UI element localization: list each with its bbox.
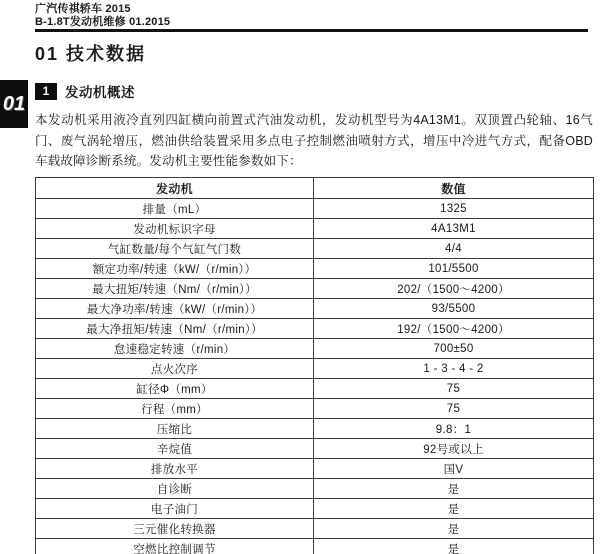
parameter-cell: 额定功率/转速（kW/（r/min）） xyxy=(36,259,314,279)
vehicle-model-label: 广汽传祺轿车 2015 xyxy=(35,3,170,16)
parameter-cell: 电子油门 xyxy=(36,499,314,519)
table-body: 排量（mL）1325发动机标识字母4A13M1气缸数量/每个气缸气门数4/4额定… xyxy=(36,199,594,554)
table-row: 最大净功率/转速（kW/（r/min））93/5500 xyxy=(36,299,594,319)
parameter-cell: 最大扭矩/转速（Nm/（r/min）） xyxy=(36,279,314,299)
table-row: 电子油门是 xyxy=(36,499,594,519)
parameter-cell: 排量（mL） xyxy=(36,199,314,219)
parameter-cell: 气缸数量/每个气缸气门数 xyxy=(36,239,314,259)
chapter-side-tab-label: 01 xyxy=(3,93,25,116)
manual-section-label: B-1.8T发动机维修 01.2015 xyxy=(35,16,170,29)
section-heading: 1 发动机概述 xyxy=(35,81,135,101)
value-cell: 1 - 3 - 4 - 2 xyxy=(314,359,594,379)
table-row: 额定功率/转速（kW/（r/min））101/5500 xyxy=(36,259,594,279)
parameter-cell: 怠速稳定转速（r/min） xyxy=(36,339,314,359)
parameter-cell: 发动机标识字母 xyxy=(36,219,314,239)
section-number-badge: 1 xyxy=(35,83,57,100)
table-row: 气缸数量/每个气缸气门数4/4 xyxy=(36,239,594,259)
parameter-cell: 点火次序 xyxy=(36,359,314,379)
table-row: 空燃比控制调节是 xyxy=(36,539,594,554)
column-header-parameter: 发动机 xyxy=(36,178,314,199)
parameter-cell: 最大净扭矩/转速（Nm/（r/min）） xyxy=(36,319,314,339)
document-header: 广汽传祺轿车 2015 B-1.8T发动机维修 01.2015 xyxy=(35,3,170,29)
table-row: 最大净扭矩/转速（Nm/（r/min））192/（1500～4200） xyxy=(36,319,594,339)
value-cell: 9.8：1 xyxy=(314,419,594,439)
engine-overview-paragraph: 本发动机采用液冷直列四缸横向前置式汽油发动机，发动机型号为4A13M1。双顶置凸… xyxy=(35,110,593,172)
parameter-cell: 自诊断 xyxy=(36,479,314,499)
table-row: 点火次序1 - 3 - 4 - 2 xyxy=(36,359,594,379)
parameter-cell: 压缩比 xyxy=(36,419,314,439)
value-cell: 是 xyxy=(314,519,594,539)
table-row: 辛烷值92号或以上 xyxy=(36,439,594,459)
table-row: 行程（mm）75 xyxy=(36,399,594,419)
parameter-cell: 辛烷值 xyxy=(36,439,314,459)
value-cell: 1325 xyxy=(314,199,594,219)
value-cell: 92号或以上 xyxy=(314,439,594,459)
header-divider xyxy=(35,29,588,32)
parameter-cell: 排放水平 xyxy=(36,459,314,479)
table-row: 排量（mL）1325 xyxy=(36,199,594,219)
table-row: 自诊断是 xyxy=(36,479,594,499)
value-cell: 是 xyxy=(314,539,594,554)
parameter-cell: 空燃比控制调节 xyxy=(36,539,314,554)
value-cell: 101/5500 xyxy=(314,259,594,279)
value-cell: 4/4 xyxy=(314,239,594,259)
chapter-side-tab: 01 xyxy=(0,80,28,128)
table-row: 三元催化转换器是 xyxy=(36,519,594,539)
table-row: 怠速稳定转速（r/min）700±50 xyxy=(36,339,594,359)
manual-page: 广汽传祺轿车 2015 B-1.8T发动机维修 01.2015 01 技术数据 … xyxy=(0,0,602,554)
value-cell: 192/（1500～4200） xyxy=(314,319,594,339)
table-row: 最大扭矩/转速（Nm/（r/min））202/（1500～4200） xyxy=(36,279,594,299)
value-cell: 75 xyxy=(314,379,594,399)
table-row: 发动机标识字母4A13M1 xyxy=(36,219,594,239)
value-cell: 是 xyxy=(314,479,594,499)
table-row: 压缩比9.8：1 xyxy=(36,419,594,439)
value-cell: 75 xyxy=(314,399,594,419)
value-cell: 国V xyxy=(314,459,594,479)
table-row: 排放水平国V xyxy=(36,459,594,479)
table-header-row: 发动机 数值 xyxy=(36,178,594,199)
engine-spec-table: 发动机 数值 排量（mL）1325发动机标识字母4A13M1气缸数量/每个气缸气… xyxy=(35,177,594,554)
value-cell: 是 xyxy=(314,499,594,519)
value-cell: 93/5500 xyxy=(314,299,594,319)
table-row: 缸径Φ（mm）75 xyxy=(36,379,594,399)
section-title: 发动机概述 xyxy=(65,81,135,101)
parameter-cell: 三元催化转换器 xyxy=(36,519,314,539)
parameter-cell: 行程（mm） xyxy=(36,399,314,419)
value-cell: 202/（1500～4200） xyxy=(314,279,594,299)
value-cell: 700±50 xyxy=(314,339,594,359)
column-header-value: 数值 xyxy=(314,178,594,199)
value-cell: 4A13M1 xyxy=(314,219,594,239)
parameter-cell: 缸径Φ（mm） xyxy=(36,379,314,399)
page-title: 01 技术数据 xyxy=(35,40,146,66)
parameter-cell: 最大净功率/转速（kW/（r/min）） xyxy=(36,299,314,319)
